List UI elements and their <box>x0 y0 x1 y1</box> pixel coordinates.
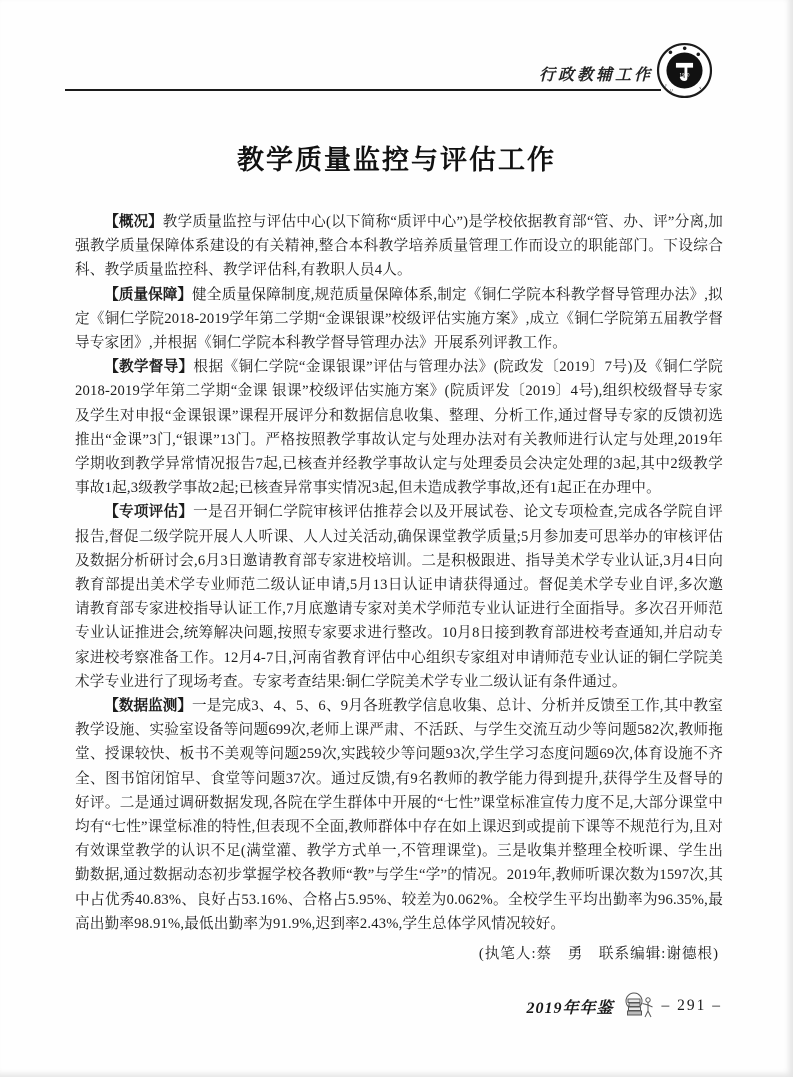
paragraph-lead: 【数据监测】 <box>104 698 192 714</box>
signature-line: (执笔人:蔡 勇 联系编辑:谢德根) <box>75 942 723 966</box>
seal-year-text: 1920 <box>679 73 690 78</box>
header-section-label: 行政教辅工作 <box>539 62 653 85</box>
svg-text:●: ● <box>683 46 687 52</box>
paragraph-lead: 【专项评估】 <box>104 504 193 520</box>
paragraph-text: 教学质量监控与评估中心(以下简称“质评中心”)是学校依据教育部“管、办、评”分离… <box>75 214 723 278</box>
page-number: – 291 – <box>662 997 723 1015</box>
paragraph-text: 一是完成3、4、5、6、9月各班教学信息收集、总计、分析并反馈至工作,其中教室教… <box>75 698 723 932</box>
yearbook-title: 2019年年鉴 <box>526 995 613 1018</box>
paragraph-lead: 【教学督导】 <box>104 359 193 375</box>
paragraph-special-evaluation: 【专项评估】一是召开铜仁学院审核评估推荐会以及开展试卷、论文专项检查,完成各学院… <box>75 500 723 694</box>
paragraph-lead: 【概况】 <box>104 214 163 230</box>
paragraph-teaching-supervision: 【教学督导】根据《铜仁学院“金课银课”评估与管理办法》(院政发〔2019〕7号)… <box>75 355 723 500</box>
paragraph-quality-assurance: 【质量保障】健全质量保障制度,规范质量保障体系,制定《铜仁学院本科教学督导管理办… <box>75 283 723 356</box>
yearbook-mascot-icon <box>621 991 655 1021</box>
header-divider <box>65 89 661 91</box>
paragraph-text: 根据《铜仁学院“金课银课”评估与管理办法》(院政发〔2019〕7号)及《铜仁学院… <box>75 359 723 496</box>
page-title: 教学质量监控与评估工作 <box>0 138 793 177</box>
article-body: 【概况】教学质量监控与评估中心(以下简称“质评中心”)是学校依据教育部“管、办、… <box>75 210 723 966</box>
paragraph-text: 一是召开铜仁学院审核评估推荐会以及开展试卷、论文专项检查,完成各学院自评报告,督… <box>75 504 723 689</box>
paragraph-data-monitoring: 【数据监测】一是完成3、4、5、6、9月各班教学信息收集、总计、分析并反馈至工作… <box>75 694 723 936</box>
university-seal-icon: ● ● ● T U V 1920 <box>656 42 713 99</box>
paragraph-overview: 【概况】教学质量监控与评估中心(以下简称“质评中心”)是学校依据教育部“管、办、… <box>75 210 723 283</box>
page-footer: 2019年年鉴 – 291 – <box>526 991 722 1021</box>
paragraph-lead: 【质量保障】 <box>104 287 192 303</box>
yearbook-page: 行政教辅工作 ● ● ● T U V 1920 教学质量监控与评估工作 【概况】… <box>0 0 793 1077</box>
